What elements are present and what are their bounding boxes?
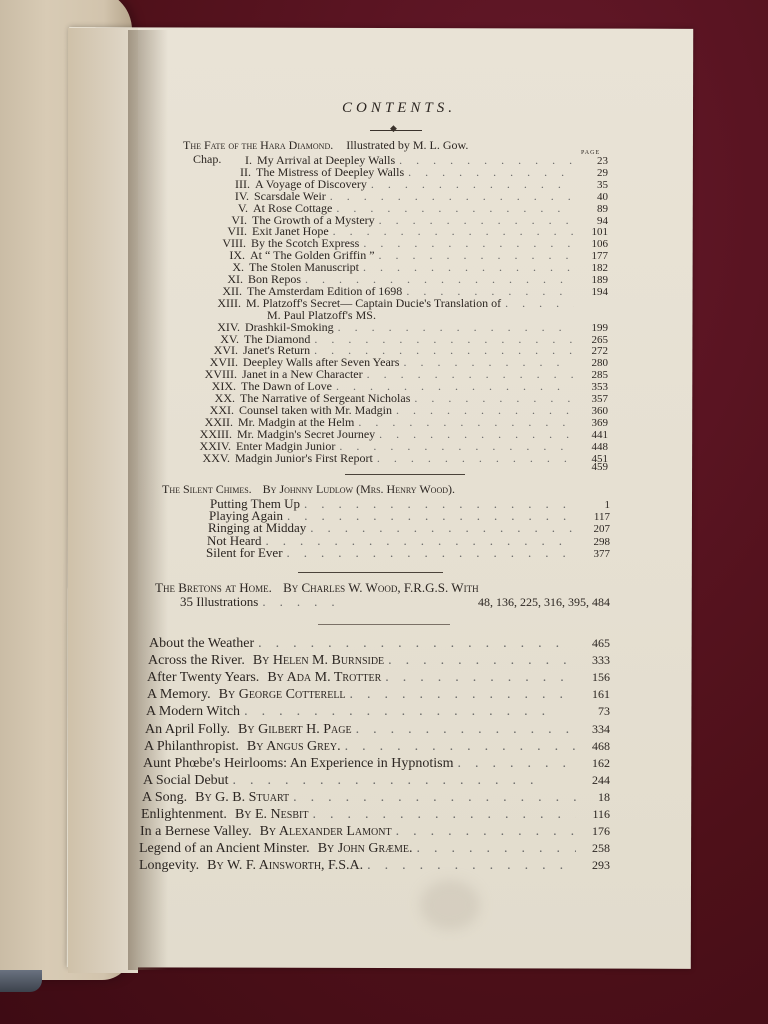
page-number: 176 bbox=[580, 824, 610, 838]
section-title: The Silent Chimes. bbox=[162, 482, 252, 496]
toc-story-row: Enlightenment.By E. Nesbit..............… bbox=[141, 807, 610, 822]
section-divider bbox=[345, 474, 465, 475]
section-heading-hara-diamond: The Fate of the Hara Diamond. Illustrate… bbox=[183, 138, 468, 153]
story-author: By John Græme. bbox=[318, 842, 413, 856]
dot-leader: .................. bbox=[379, 249, 574, 261]
page-number: 18 bbox=[580, 790, 610, 804]
dot-leader: .................. bbox=[379, 214, 574, 226]
story-author: By Ada M. Trotter bbox=[267, 671, 381, 685]
page-number: 298 bbox=[580, 536, 610, 548]
dot-leader: .................. bbox=[385, 671, 576, 685]
chapter-number: IV. bbox=[175, 190, 249, 202]
page-number: 334 bbox=[580, 722, 610, 736]
toc-chapter-row: Ringing at Midday..................207 bbox=[208, 522, 610, 535]
section-divider bbox=[298, 572, 443, 573]
section-divider bbox=[318, 624, 450, 625]
dot-leader: .................. bbox=[339, 440, 574, 452]
section-author: By Charles W. Wood, F.R.G.S. With bbox=[283, 580, 478, 595]
section-author: By Johnny Ludlow (Mrs. Henry Wood). bbox=[263, 482, 455, 496]
chapter-title: Madgin Junior's First Report bbox=[235, 452, 373, 464]
dot-leader: .................. bbox=[414, 392, 574, 404]
chapter-number: XXV. bbox=[156, 452, 230, 464]
chapter-title: Drashkil-Smoking bbox=[245, 321, 334, 333]
dot-leader: .................. bbox=[287, 547, 576, 559]
story-title: A Memory. bbox=[147, 688, 211, 702]
story-title: Enlightenment. bbox=[141, 808, 227, 822]
chapter-title: Silent for Ever bbox=[206, 547, 283, 559]
toc-chapter-row: XIII.M. Platzoff's Secret— Captain Ducie… bbox=[167, 297, 608, 309]
dot-leader: ..... bbox=[262, 596, 362, 608]
story-title: An April Folly. bbox=[145, 723, 230, 737]
page-number: 161 bbox=[580, 687, 610, 701]
chapter-title: Enter Madgin Junior bbox=[236, 440, 335, 452]
page-number: 117 bbox=[580, 511, 610, 523]
toc-story-row: A Song.By G. B. Stuart..................… bbox=[142, 790, 610, 805]
chapter-number: XXIV. bbox=[157, 440, 231, 452]
section-title: The Fate of the Hara Diamond. bbox=[183, 138, 333, 152]
page-number: 156 bbox=[580, 670, 610, 684]
chapter-number: XIV. bbox=[166, 321, 240, 333]
toc-story-row: A Social Debut..................244 bbox=[143, 773, 610, 788]
dot-leader: .................. bbox=[350, 688, 576, 702]
chapter-title: A Voyage of Discovery bbox=[255, 178, 367, 190]
toc-story-row: A Philanthropist.By Angus Grey..........… bbox=[144, 739, 610, 754]
page-number: 244 bbox=[580, 773, 610, 787]
dot-leader: .................. bbox=[417, 842, 576, 856]
dot-leader: .................. bbox=[505, 297, 574, 309]
toc-story-row: Aunt Phœbe's Heirlooms: An Experience in… bbox=[143, 756, 610, 771]
story-title: Legend of an Ancient Minster. bbox=[139, 842, 310, 856]
chapter-number: III. bbox=[176, 178, 250, 190]
chapter-title: Scarsdale Weir bbox=[254, 190, 326, 202]
story-author: By George Cotterell bbox=[219, 688, 346, 702]
bretons-illustrations-row: 35 Illustrations ..... 48, 136, 225, 316… bbox=[180, 596, 610, 608]
dot-leader: .................. bbox=[356, 723, 576, 737]
story-author: By Gilbert H. Page bbox=[238, 723, 352, 737]
dot-leader: .................. bbox=[367, 368, 574, 380]
dot-leader: .................. bbox=[287, 510, 576, 522]
page-number: 377 bbox=[580, 548, 610, 560]
toc-story-row: A Modern Witch..................73 bbox=[146, 704, 610, 719]
chapter-title: Mr. Madgin at the Helm bbox=[238, 416, 354, 428]
dot-leader: .................. bbox=[399, 154, 574, 166]
story-author: By E. Nesbit bbox=[235, 808, 309, 822]
dot-leader: .................. bbox=[293, 791, 576, 805]
dot-leader: .................. bbox=[403, 356, 574, 368]
page-number: 459 bbox=[578, 461, 608, 473]
dot-leader: .................. bbox=[345, 740, 576, 754]
page-number: 333 bbox=[580, 653, 610, 667]
story-author: By Alexander Lamont bbox=[260, 825, 392, 839]
page-number: 162 bbox=[580, 756, 610, 770]
dot-leader: .................. bbox=[312, 808, 576, 822]
story-title: Longevity. bbox=[139, 859, 199, 873]
dot-leader: .................. bbox=[363, 237, 574, 249]
section-title: The Bretons at Home. bbox=[155, 580, 272, 595]
dot-leader: .................. bbox=[338, 321, 574, 333]
dot-leader: .................. bbox=[458, 757, 577, 771]
story-title: In a Bernese Valley. bbox=[140, 825, 252, 839]
page-number: 73 bbox=[580, 704, 610, 718]
chapter-title-continued: M. Paul Platzoff's MS. bbox=[267, 309, 376, 321]
page-number: 293 bbox=[580, 858, 610, 872]
page-number: 258 bbox=[580, 841, 610, 855]
dot-leader: .................. bbox=[233, 774, 576, 788]
toc-story-row: A Memory.By George Cotterell............… bbox=[147, 687, 610, 702]
chapter-number: V. bbox=[174, 202, 248, 214]
dot-leader: .................. bbox=[367, 859, 576, 873]
toc-story-row: After Twenty Years.By Ada M. Trotter....… bbox=[147, 670, 610, 685]
toc-story-row: An April Folly.By Gilbert H. Page.......… bbox=[145, 722, 610, 737]
page-number: 1 bbox=[580, 499, 610, 511]
entry-pages: 48, 136, 225, 316, 395, 484 bbox=[366, 596, 610, 608]
contents-text: CONTENTS. PAGE The Fate of the Hara Diam… bbox=[0, 0, 768, 1024]
dot-leader: .................. bbox=[408, 166, 574, 178]
dot-leader: .................. bbox=[310, 522, 576, 534]
dot-leader: .................. bbox=[388, 654, 576, 668]
toc-chapter-row: XXV.Madgin Junior's First Report........… bbox=[156, 452, 608, 465]
dot-leader: .................. bbox=[363, 261, 574, 273]
toc-story-row: About the Weather..................465 bbox=[149, 636, 610, 651]
dot-leader: .................. bbox=[377, 452, 574, 464]
ornament-divider bbox=[370, 128, 422, 134]
story-title: Across the River. bbox=[148, 654, 245, 668]
story-title: A Modern Witch bbox=[146, 705, 240, 719]
story-title: A Social Debut bbox=[143, 774, 229, 788]
story-title: Aunt Phœbe's Heirlooms: An Experience in… bbox=[143, 757, 454, 771]
toc-story-row: Legend of an Ancient Minster.By John Græ… bbox=[139, 841, 610, 856]
dot-leader: .................. bbox=[379, 428, 574, 440]
chapter-title: M. Platzoff's Secret— Captain Ducie's Tr… bbox=[246, 297, 501, 309]
section-illustrator: Illustrated by M. L. Gow. bbox=[346, 138, 468, 152]
page-number: 116 bbox=[580, 807, 610, 821]
story-title: After Twenty Years. bbox=[147, 671, 259, 685]
dot-leader: .................. bbox=[333, 225, 574, 237]
toc-story-row: Longevity.By W. F. Ainsworth, F.S.A.....… bbox=[139, 858, 610, 873]
dot-leader: .................. bbox=[330, 190, 574, 202]
story-author: By G. B. Stuart bbox=[195, 791, 289, 805]
story-title: About the Weather bbox=[149, 637, 254, 651]
dot-leader: .................. bbox=[358, 416, 574, 428]
dot-leader: .................. bbox=[266, 535, 576, 547]
story-author: By Helen M. Burnside bbox=[253, 654, 384, 668]
page-number: 207 bbox=[580, 523, 610, 535]
entry-title: 35 Illustrations bbox=[180, 596, 258, 608]
page-title: CONTENTS. bbox=[0, 100, 768, 117]
section-heading-silent-chimes: The Silent Chimes. By Johnny Ludlow (Mrs… bbox=[162, 482, 455, 497]
toc-chapter-row: Silent for Ever..................377 bbox=[206, 547, 610, 560]
dot-leader: .................. bbox=[258, 637, 576, 651]
page-number: 468 bbox=[580, 739, 610, 753]
dot-leader: .................. bbox=[304, 498, 576, 510]
chapter-number: XIII. bbox=[167, 297, 241, 309]
dot-leader: .................. bbox=[396, 825, 576, 839]
dot-leader: .................. bbox=[336, 202, 574, 214]
toc-story-row: In a Bernese Valley.By Alexander Lamont.… bbox=[140, 824, 610, 839]
chapter-number: XXIII. bbox=[158, 428, 232, 440]
chapter-number: XXII. bbox=[159, 416, 233, 428]
story-author: By Angus Grey. bbox=[247, 740, 341, 754]
page-number: 465 bbox=[580, 636, 610, 650]
story-title: A Philanthropist. bbox=[144, 740, 239, 754]
story-author: By W. F. Ainsworth, F.S.A. bbox=[207, 859, 363, 873]
dot-leader: .................. bbox=[396, 404, 574, 416]
trailing-page-number: 459 bbox=[578, 461, 608, 473]
dot-leader: .................. bbox=[314, 333, 574, 345]
dot-leader: .................. bbox=[371, 178, 574, 190]
toc-story-row: Across the River.By Helen M. Burnside...… bbox=[148, 653, 610, 668]
story-title: A Song. bbox=[142, 791, 187, 805]
toc-chapter-row-continued: M. Paul Platzoff's MS. bbox=[267, 309, 376, 321]
chapter-title: Mr. Madgin's Secret Journey bbox=[237, 428, 375, 440]
chapter-title: At Rose Cottage bbox=[253, 202, 332, 214]
dot-leader: .................. bbox=[244, 705, 576, 719]
